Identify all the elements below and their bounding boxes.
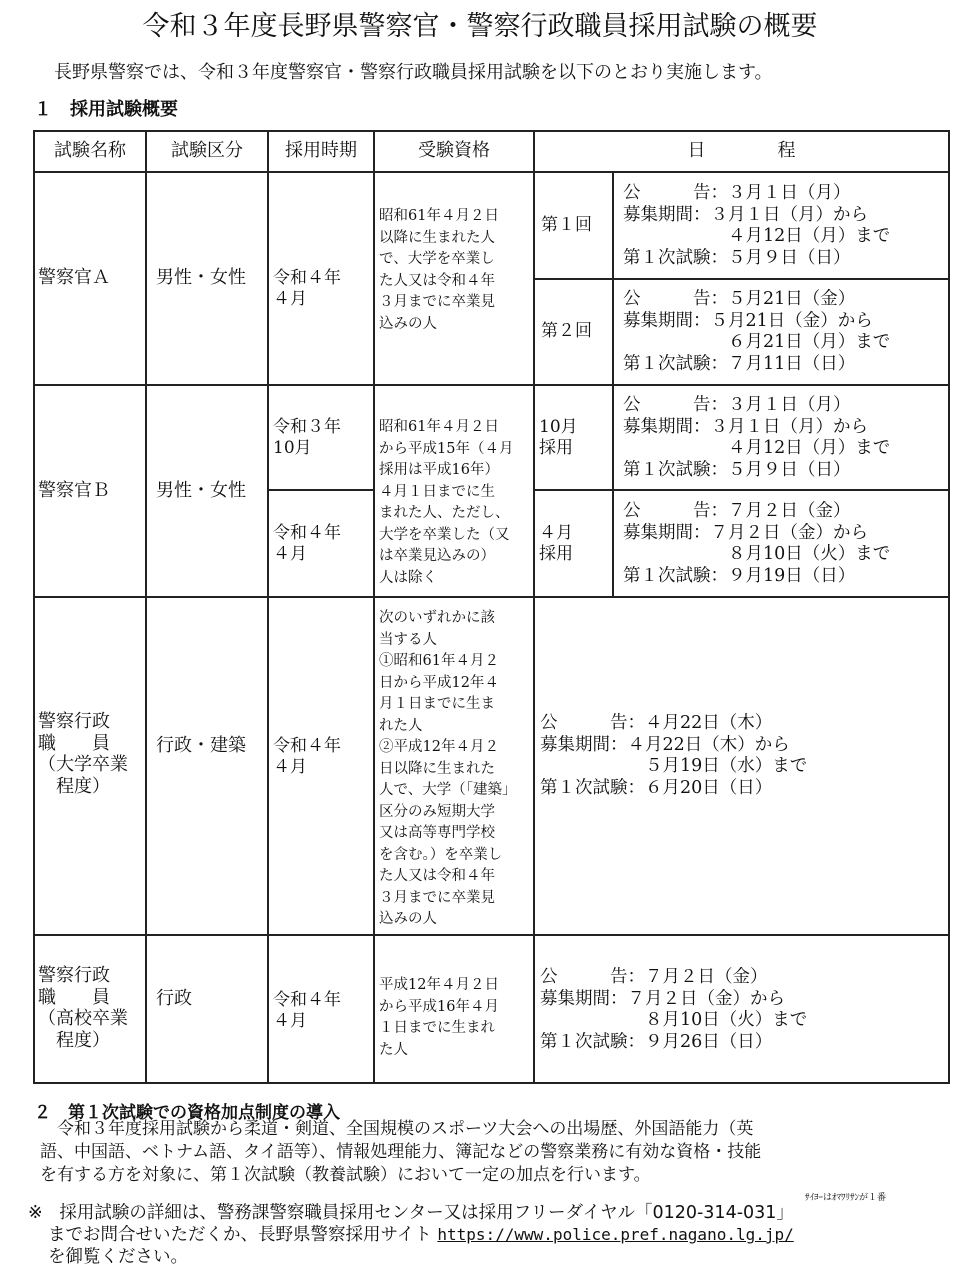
table-line: [373, 130, 375, 1084]
header-eligibility: 受験資格: [375, 140, 533, 161]
table-line: [33, 171, 950, 173]
table-line: [533, 130, 535, 1084]
row-admin-univ-schedule: 公 告：４月22日（木） 募集期間：４月22日（木）から ５月19日（水）まで …: [540, 713, 807, 799]
contact-note: ※ 採用試験の詳細は、警務課警察職員採用センター又は採用フリーダイヤル「0120…: [28, 1202, 794, 1268]
row-admin-univ-category: 行政・建築: [156, 735, 246, 756]
row-admin-hs-category: 行政: [156, 988, 192, 1009]
row-admin-hs-period: 令和４年 ４月: [273, 990, 341, 1032]
table-border: [33, 130, 950, 132]
row-police-b-category: 男性・女性: [156, 480, 246, 501]
row-police-a-round1-label: 第１回: [541, 215, 592, 236]
row-police-a-round2-label: 第２回: [541, 321, 592, 342]
row-police-b-apr-schedule: 公 告：７月２日（金） 募集期間：７月２日（金）から ８月10日（火）まで 第１…: [623, 501, 890, 587]
page-title: 令和３年度長野県警察官・警察行政職員採用試験の概要: [0, 4, 960, 43]
note-line2: までお問合せいただくか、長野県警察採用サイト: [48, 1225, 437, 1245]
table-border: [33, 1082, 950, 1084]
intro-text: 長野県警察では、令和３年度警察官・警察行政職員採用試験を以下のとおり実施します。: [54, 58, 773, 84]
row-police-a-round1-schedule: 公 告：３月１日（月） 募集期間：３月１日（月）から ４月12日（月）まで 第１…: [623, 183, 890, 269]
header-schedule: 日 程: [535, 140, 948, 161]
table-line: [33, 934, 950, 936]
row-admin-hs-eligibility: 平成12年４月２日 から平成16年４月 １日までに生まれ た人: [379, 975, 499, 1061]
table-line: [533, 278, 950, 280]
phone-mnemonic: ｻｲﾖｰはｵﾏﾜﾘｻﾝが１番: [805, 1190, 886, 1203]
table-border: [33, 130, 35, 1084]
row-police-b-name: 警察官Ｂ: [38, 480, 110, 501]
section1-heading: １ 採用試験概要: [34, 95, 178, 121]
table-line: [33, 384, 950, 386]
row-police-b-period-oct: 令和３年 10月: [273, 417, 341, 459]
row-admin-hs-name: 警察行政 職 員 （高校卒業 程度）: [38, 965, 128, 1051]
table-line: [145, 130, 147, 1084]
table-line: [33, 596, 950, 598]
section2-body: 令和３年度採用試験から柔道・剣道、全国規模のスポーツ大会への出場歴、外国語能力（…: [40, 1118, 960, 1187]
row-police-b-oct-schedule: 公 告：３月１日（月） 募集期間：３月１日（月）から ４月12日（月）まで 第１…: [623, 395, 890, 481]
recruit-site-link[interactable]: https://www.police.pref.nagano.lg.jp/: [437, 1225, 793, 1244]
table-line: [268, 489, 373, 491]
header-exam-name: 試験名称: [35, 140, 145, 161]
row-admin-hs-schedule: 公 告：７月２日（金） 募集期間：７月２日（金）から ８月10日（火）まで 第１…: [540, 967, 807, 1053]
row-police-b-eligibility: 昭和61年４月２日 から平成15年（４月 採用は平成16年） ４月１日までに生 …: [379, 417, 513, 589]
note-line3: を御覧ください。: [48, 1247, 188, 1267]
note-mark: ※: [28, 1203, 43, 1223]
row-police-a-round2-schedule: 公 告：５月21日（金） 募集期間：５月21日（金）から ６月21日（月）まで …: [623, 289, 890, 375]
row-police-a-category: 男性・女性: [156, 267, 246, 288]
table-line: [267, 130, 269, 1084]
header-hire-period: 採用時期: [269, 140, 373, 161]
table-line: [612, 171, 614, 597]
row-police-b-oct-label: 10月 採用: [539, 417, 578, 459]
row-police-a-period: 令和４年 ４月: [273, 268, 341, 310]
row-admin-univ-name: 警察行政 職 員 （大学卒業 程度）: [38, 711, 128, 797]
row-police-a-name: 警察官Ａ: [38, 267, 110, 288]
row-admin-univ-eligibility: 次のいずれかに該 当する人 ①昭和61年４月２ 日から平成12年４ 月１日までに…: [379, 608, 516, 931]
row-admin-univ-period: 令和４年 ４月: [273, 736, 341, 778]
table-border: [948, 130, 950, 1084]
header-exam-category: 試験区分: [147, 140, 267, 161]
row-police-a-eligibility: 昭和61年４月２日 以降に生まれた人 で、大学を卒業し た人又は令和４年 ３月ま…: [379, 206, 499, 335]
table-line: [533, 489, 950, 491]
note-line1: 採用試験の詳細は、警務課警察職員採用センター又は採用フリーダイヤル「0120-3…: [59, 1203, 794, 1223]
row-police-b-period-apr: 令和４年 ４月: [273, 523, 341, 565]
row-police-b-apr-label: ４月 採用: [539, 523, 573, 565]
